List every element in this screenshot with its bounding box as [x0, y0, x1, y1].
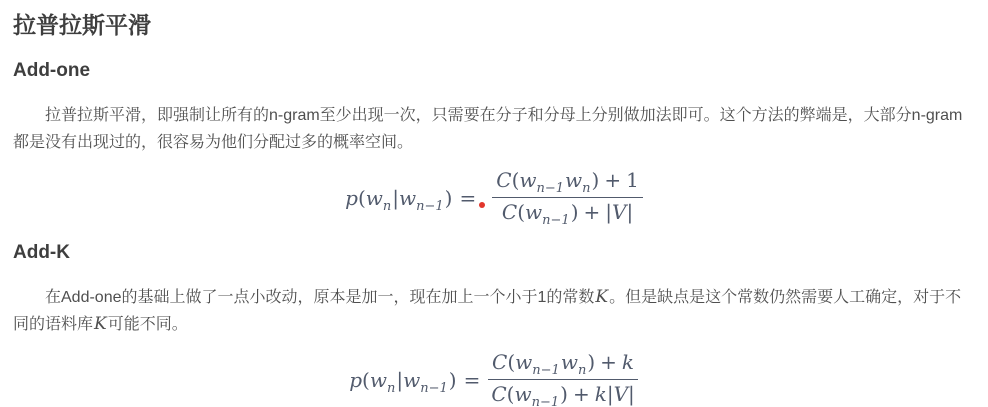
math-token: C — [496, 168, 511, 192]
fraction-numerator: C(wn−1wn)+k — [488, 350, 638, 380]
article-page: 拉普拉斯平滑 Add-one 拉普拉斯平滑，即强制让所有的n-gram至少出现一… — [0, 0, 988, 407]
math-token: V — [614, 382, 628, 406]
math-token: C — [491, 382, 506, 406]
formula-add-one: p(wn|wn−1)= C(wn−1wn)+1 C(wn−1)+|V| — [13, 168, 975, 228]
math-token: + — [584, 200, 601, 224]
math-token: n — [582, 181, 590, 196]
fraction: C(wn−1wn)+1 C(wn−1)+|V| — [492, 168, 643, 228]
math-token: k — [595, 382, 607, 406]
math-token: ) — [449, 368, 457, 392]
math-token: ) — [571, 200, 579, 224]
math-token: | — [628, 382, 635, 406]
fraction-denominator: C(wn−1)+|V| — [498, 198, 637, 228]
math-token: | — [607, 382, 614, 406]
text-segment: 在Add-one的基础上做了一点小改动，原本是加一，现在加上一个小于1的常数 — [45, 289, 594, 306]
math-token: w — [514, 382, 531, 406]
math-token: n−1 — [416, 199, 444, 214]
fraction-denominator: C(wn−1)+k|V| — [487, 380, 638, 407]
math-token: n−1 — [532, 363, 560, 378]
math-token: = — [464, 368, 481, 392]
math-token: ) — [592, 168, 600, 192]
math-token: n−1 — [537, 181, 565, 196]
math-token: ( — [517, 200, 525, 224]
math-token: + — [600, 350, 617, 374]
math-token: w — [399, 186, 416, 210]
math-token: + — [573, 382, 590, 406]
formula-lhs: p(wn|wn−1)= — [345, 186, 483, 210]
fraction-numerator: C(wn−1wn)+1 — [492, 168, 643, 198]
math-token: | — [392, 186, 399, 210]
math-token: n — [578, 363, 586, 378]
math-token: w — [370, 368, 387, 392]
math-token: p — [345, 186, 358, 210]
math-token: C — [502, 200, 517, 224]
math-token: w — [366, 186, 383, 210]
math-token: w — [519, 168, 536, 192]
math-token: | — [605, 200, 612, 224]
math-token: k — [622, 350, 634, 374]
math-token: ( — [507, 350, 515, 374]
math-token: n — [383, 199, 391, 214]
math-token: = — [459, 186, 476, 210]
math-token: n−1 — [542, 213, 570, 228]
section-heading-add-k: Add-K — [13, 243, 975, 263]
math-token: n — [387, 381, 395, 396]
math-token: ) — [560, 382, 568, 406]
math-token: + — [604, 168, 621, 192]
math-token: | — [626, 200, 633, 224]
math-token: w — [515, 350, 532, 374]
math-token: ( — [362, 368, 370, 392]
formula-add-k: p(wn|wn−1)= C(wn−1wn)+k C(wn−1)+k|V| — [13, 350, 975, 407]
math-token: V — [612, 200, 626, 224]
page-title: 拉普拉斯平滑 — [13, 13, 975, 37]
math-token: w — [565, 168, 582, 192]
math-token: ) — [445, 186, 453, 210]
math-token: w — [403, 368, 420, 392]
math-token: K — [93, 314, 108, 334]
math-token: p — [349, 368, 362, 392]
math-token: ) — [587, 350, 595, 374]
text-segment: 可能不同。 — [108, 316, 188, 333]
math-token: 1 — [626, 168, 639, 192]
formula-lhs: p(wn|wn−1)= — [349, 368, 487, 392]
red-dot-marker — [479, 202, 485, 208]
math-token: n−1 — [420, 381, 448, 396]
math-token: w — [561, 350, 578, 374]
paragraph-add-k: 在Add-one的基础上做了一点小改动，原本是加一，现在加上一个小于1的常数K。… — [13, 284, 975, 338]
math-token: K — [594, 287, 609, 307]
math-token: C — [492, 350, 507, 374]
section-heading-add-one: Add-one — [13, 61, 975, 81]
paragraph-add-one: 拉普拉斯平滑，即强制让所有的n-gram至少出现一次，只需要在分子和分母上分别做… — [13, 102, 975, 156]
math-token: ( — [358, 186, 366, 210]
math-token: w — [525, 200, 542, 224]
math-token: n−1 — [532, 395, 560, 407]
fraction: C(wn−1wn)+k C(wn−1)+k|V| — [487, 350, 638, 407]
